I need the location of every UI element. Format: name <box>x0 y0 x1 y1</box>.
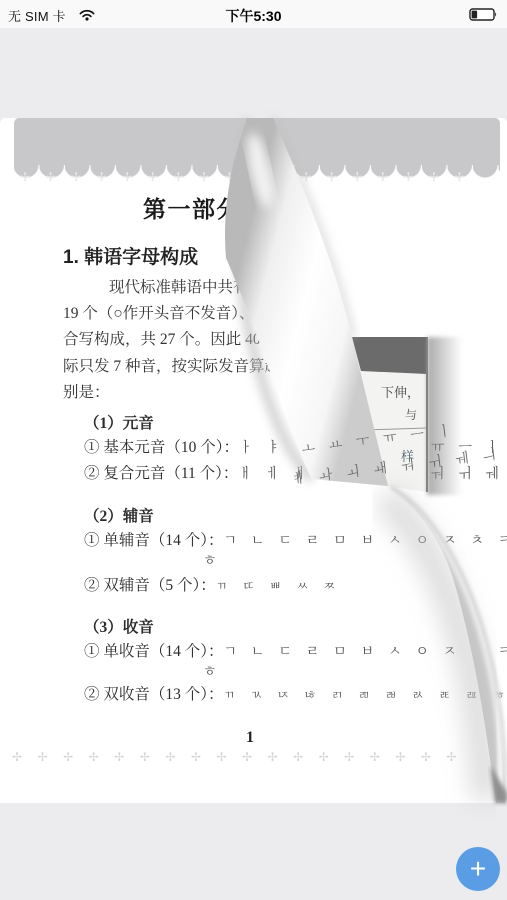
chapter-heading: 1. 韩语字母构成 <box>63 242 198 269</box>
jamo-sequence: ㄲ ㄳ ㄵ ㄶ ㄺ ㄻ ㄼ ㄽ ㄾ ㄿ ㅀ ㅄ ㅆ <box>224 688 507 702</box>
scallop-border <box>14 165 500 178</box>
section-3-heading: （3）收音 <box>84 615 154 637</box>
list-item-wrap: ㅎ <box>203 550 222 570</box>
item-label: ② 双收音（13 个）： <box>84 686 224 703</box>
jamo-sequence: ㅎ <box>203 552 222 568</box>
jamo-sequence: ㄲ ㄸ ㅃ ㅆ ㅉ <box>216 579 341 593</box>
page-title: 第一部分 <box>143 191 241 224</box>
intro-paragraph: 现代标准韩语中共有 40 19 个（○作开头音不发音）、收音（ 合写构成，共 2… <box>63 275 448 406</box>
plus-icon: + <box>470 855 486 883</box>
list-item-wrap: ㅎ <box>203 661 222 681</box>
section-2-heading: （2）辅音 <box>84 504 154 526</box>
item-label: ① 单收音（14 个）： <box>84 643 224 660</box>
reader-screen: 无 SIM 卡 下午5:30 ✢✢✢✢✢✢✢✢✢✢✢✢✢✢✢✢✢✢ 第一部分 1… <box>0 0 507 900</box>
list-item: ① 单辅音（14 个）：ㄱ ㄴ ㄷ ㄹ ㅁ ㅂ ㅅ ㅇ ㅈ ㅊ ㅋ ㅌ ㅍ <box>84 528 507 550</box>
jamo-sequence: ㄱ ㄴ ㄷ ㄹ ㅁ ㅂ ㅅ ㅇ ㅈ ㅊ ㅋ ㅌ ㅍ <box>224 643 507 659</box>
jamo-sequence: ㅎ <box>203 663 222 679</box>
jamo-sequence: ㄱ ㄴ ㄷ ㄹ ㅁ ㅂ ㅅ ㅇ ㅈ ㅊ ㅋ ㅌ ㅍ <box>224 532 507 548</box>
list-item: ② 双辅音（5 个）：ㄲ ㄸ ㅃ ㅆ ㅉ <box>84 573 341 595</box>
jamo-sequence: ㅏ ㅑ ㅓ ㅕ ㅗ ㅛ ㅜ ㅠ ㅡ ㅣ <box>239 439 504 455</box>
item-label: ② 双辅音（5 个）： <box>84 577 216 594</box>
add-button[interactable]: + <box>456 847 500 891</box>
paragraph-line: 合写构成，共 27 个。因此 40 个字母 <box>63 327 448 353</box>
list-item: ② 双收音（13 个）：ㄲ ㄳ ㄵ ㄶ ㄺ ㄻ ㄼ ㄽ ㄾ ㄿ ㅀ ㅄ ㅆ <box>84 682 507 704</box>
section-1-heading: （1）元音 <box>84 411 154 433</box>
page-number: 1 <box>246 729 254 747</box>
list-item: ① 基本元音（10 个）：ㅏ ㅑ ㅓ ㅕ ㅗ ㅛ ㅜ ㅠ ㅡ ㅣ <box>84 435 504 457</box>
paragraph-line: 际只发 7 种音，按实际发音算起来，共发 4 <box>63 354 448 380</box>
list-item: ① 单收音（14 个）：ㄱ ㄴ ㄷ ㄹ ㅁ ㅂ ㅅ ㅇ ㅈ ㅊ ㅋ ㅌ ㅍ <box>84 639 507 661</box>
item-label: ① 基本元音（10 个）： <box>84 439 239 456</box>
paragraph-line: 19 个（○作开头音不发音）、收音（ <box>63 301 448 327</box>
status-bar: 无 SIM 卡 下午5:30 <box>0 0 507 28</box>
paragraph-line: 别是： <box>63 380 448 406</box>
cross-ornament-row-bottom: ✢✢✢✢✢✢✢✢✢✢✢✢✢✢✢✢✢✢ <box>12 750 472 764</box>
paragraph-line: 现代标准韩语中共有 40 <box>63 275 448 301</box>
item-label: ① 单辅音（14 个）： <box>84 532 224 549</box>
clock: 下午5:30 <box>0 6 507 26</box>
page-header-band <box>14 118 500 165</box>
item-label: ② 复合元音（11 个）： <box>84 465 238 482</box>
jamo-sequence: ㅐ ㅔ ㅒ ㅖ ㅘ ㅚ ㅙ ㅝ ㅟ ㅞ ㅢ <box>238 465 507 481</box>
book-page[interactable]: ✢✢✢✢✢✢✢✢✢✢✢✢✢✢✢✢✢✢ 第一部分 1. 韩语字母构成 现代标准韩语… <box>0 118 507 803</box>
list-item: ② 复合元音（11 个）：ㅐ ㅔ ㅒ ㅖ ㅘ ㅚ ㅙ ㅝ ㅟ ㅞ ㅢ <box>84 461 507 483</box>
battery-icon <box>469 8 498 26</box>
